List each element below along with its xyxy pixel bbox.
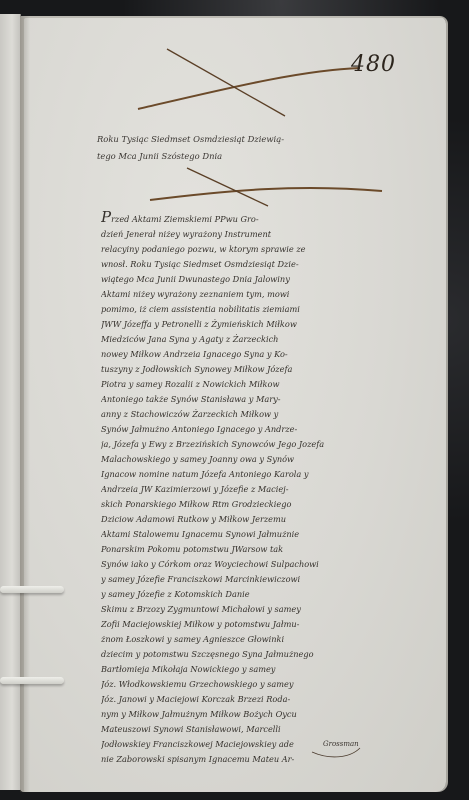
body-line: Aktami niżey wyrażony zeznaniem tym, mow… (101, 287, 391, 302)
entry-body-text: Przed Aktami Ziemskiemi PPwu Gro-dzień J… (101, 210, 391, 767)
body-line: wiątego Mca Junii Dwunastego Dnia Jalowi… (101, 272, 391, 287)
body-line: relacyiny podaniego pozwu, w ktorym spra… (101, 242, 391, 257)
heading-line: tego Mca Junii Szóstego Dnia (97, 148, 387, 165)
body-line: tuszyny z Jodłowskich Synowey Miłkow Józ… (101, 362, 391, 377)
strike-line-mid-curve (150, 188, 382, 200)
body-line: Antoniego także Synów Stanisława y Mary- (101, 392, 391, 407)
body-line: Malachowskiego y samey Joanny owa y Synó… (101, 452, 391, 467)
body-line: Synów iako y Córkom oraz Woyciechowi Sul… (101, 557, 391, 572)
body-line: Józ. Janowi y Maciejowi Korczak Brzezi R… (101, 692, 391, 707)
body-line: anny z Stachowiczów Żarzeckich Miłkow y (101, 407, 391, 422)
strike-line-top-curve (138, 68, 360, 109)
body-line: Bartłomieja Mikołaja Nowickiego y samey (101, 662, 391, 677)
heading-line: Roku Tysiąc Siedmset Osmdziesiąt Dziewią… (97, 131, 387, 148)
body-line: Mateuszowi Synowi Stanisławowi, Marcelli (101, 722, 391, 737)
body-line: dzień Jenerał niżey wyrażony Instrument (101, 227, 391, 242)
body-line: Piotra y samey Rozalii z Nowickich Miłko… (101, 377, 391, 392)
body-line: nie Zaborowski spisanym Ignacemu Mateu A… (101, 752, 391, 767)
body-line: wnosł. Roku Tysiąc Siedmset Osmdziesiąt … (101, 257, 391, 272)
body-line: ja, Józefa y Ewy z Brzezińskich Synowców… (101, 437, 391, 452)
body-line: Ponarskim Pokomu potomstwu JWarsow tak (101, 542, 391, 557)
body-line: Synów Jałmużno Antoniego Ignacego y Andr… (101, 422, 391, 437)
body-line: nym y Miłkow Jałmużnym Miłkow Bożych Oyc… (101, 707, 391, 722)
strike-line-mid-diagonal (187, 168, 268, 206)
page-number: 480 (351, 52, 396, 77)
body-line: Miedziców Jana Syna y Agaty z Żarzeckich (101, 332, 391, 347)
signature-mark: Grossman (323, 740, 359, 748)
strike-line-top-diagonal (167, 49, 285, 116)
body-line: skich Ponarskiego Miłkow Rtm Grodzieckie… (101, 497, 391, 512)
body-line: Andrzeia JW Kazimierzowi y Józefie z Mac… (101, 482, 391, 497)
body-line: JWW Józeffa y Petronelli z Żymieńskich M… (101, 317, 391, 332)
body-line: pomimo, iż ciem assistentia nobilitatis … (101, 302, 391, 317)
body-line: Józ. Włodkowskiemu Grzechowskiego y same… (101, 677, 391, 692)
body-line: Zofii Maciejowskiej Miłkow y potomstwu J… (101, 617, 391, 632)
body-line: y samey Józefie Franciszkowi Marcinkiewi… (101, 572, 391, 587)
body-line: Dziciow Adamowi Rutkow y Miłkow Jerzemu (101, 512, 391, 527)
body-line: dziecim y potomstwu Szczęsnego Syna Jałm… (101, 647, 391, 662)
body-line: nowey Miłkow Andrzeia Ignacego Syna y Ko… (101, 347, 391, 362)
body-line: Przed Aktami Ziemskiemi PPwu Gro- (101, 210, 391, 227)
body-line: Aktami Stalowemu Ignacemu Synowi Jałmużn… (101, 527, 391, 542)
body-line: Skimu z Brzozy Zygmuntowi Michałowi y sa… (101, 602, 391, 617)
body-line: żnom Łoszkowi y samey Agnieszce Głowinki (101, 632, 391, 647)
entry-heading: Roku Tysiąc Siedmset Osmdziesiąt Dziewią… (97, 131, 387, 165)
body-line: Ignacow nomine natum Józefa Antoniego Ka… (101, 467, 391, 482)
body-line: y samey Józefie z Kotomskich Danie (101, 587, 391, 602)
